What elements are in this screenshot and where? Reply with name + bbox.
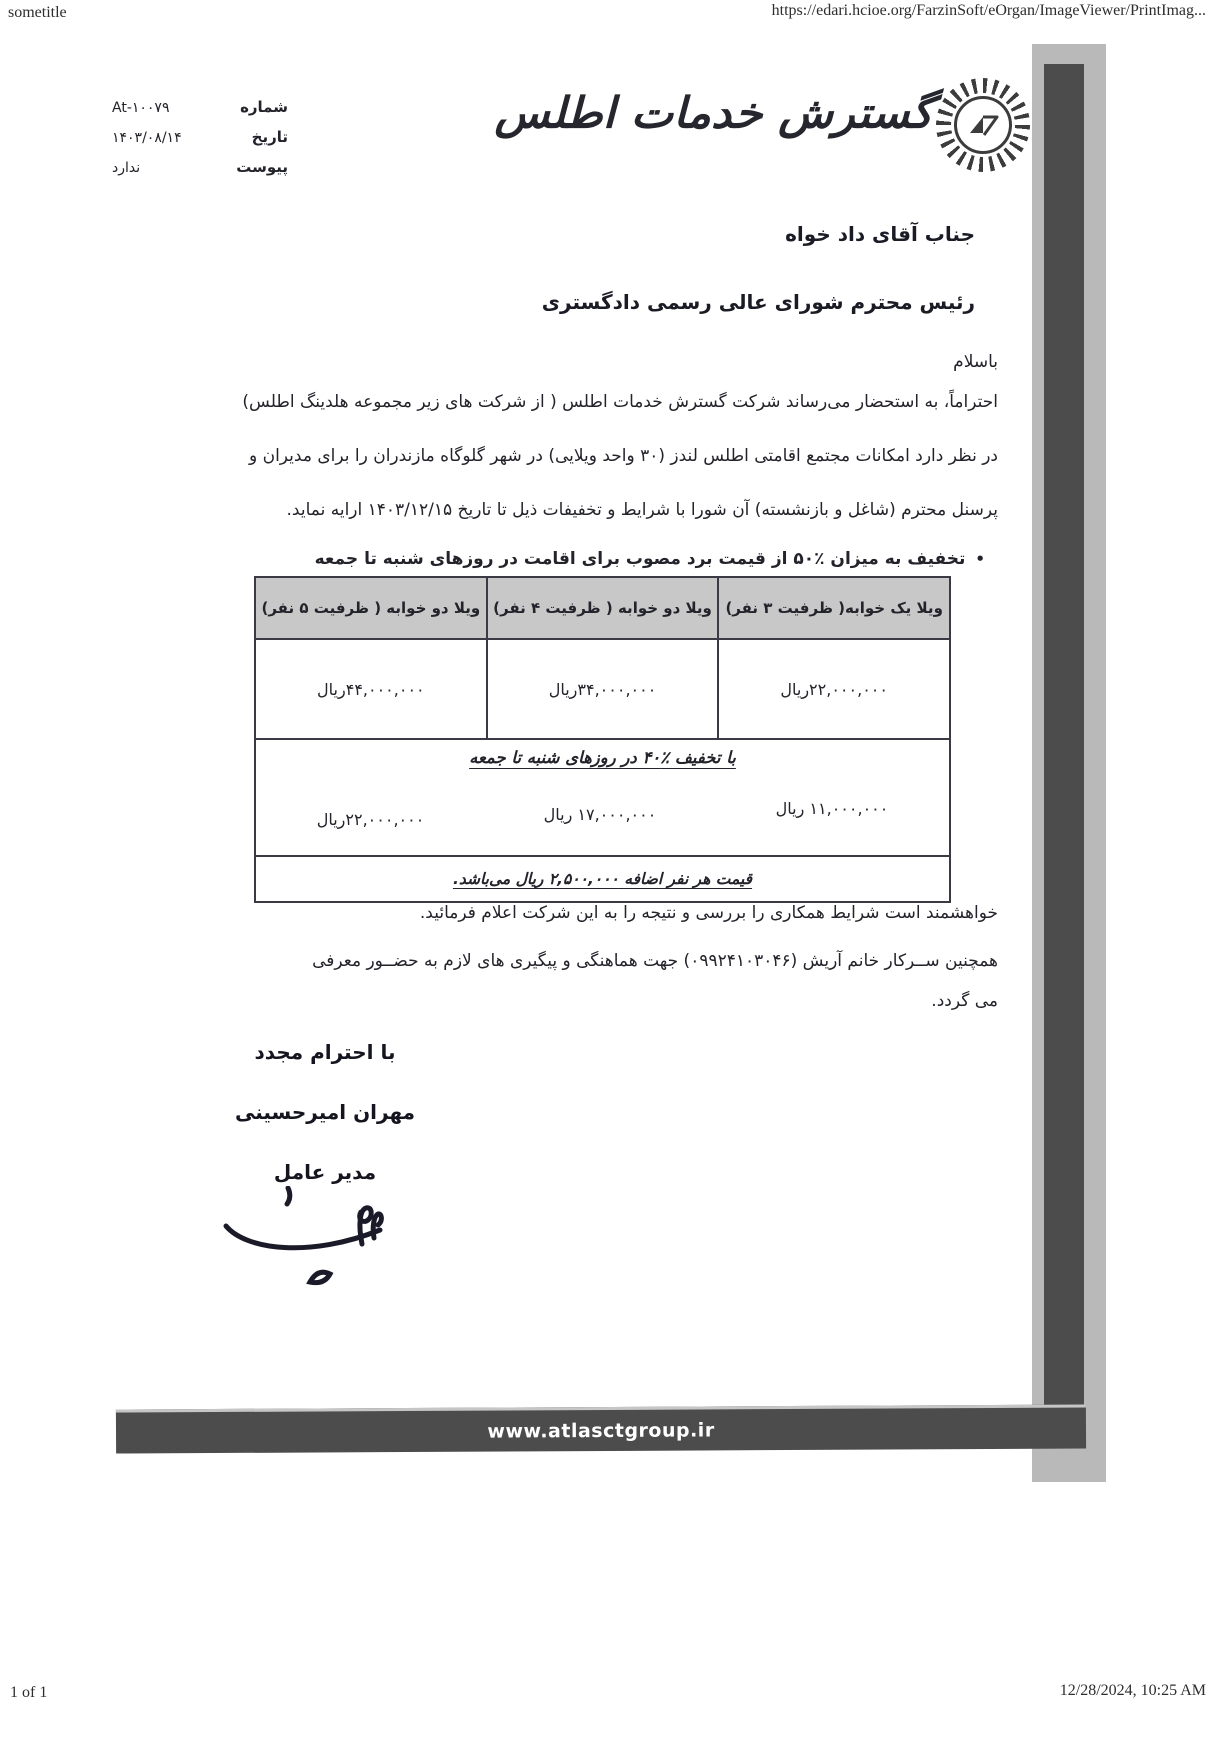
date-value: ۱۴۰۳/۰۸/۱۴ (112, 130, 182, 146)
discount-price-cap3: ۱۱,۰۰۰,۰۰۰ ریال (776, 799, 889, 818)
website-text: www.atlasctgroup.ir (487, 1419, 714, 1442)
attachment-label: پیوست (236, 158, 288, 176)
signature-respect-line: با احترام مجدد (225, 1040, 425, 1064)
company-logo-calligraphy: گسترش خدمات اطلس (535, 88, 933, 156)
sun-gear-emblem-icon (936, 78, 1030, 172)
discount-price-cap5: ۲۲,۰۰۰,۰۰۰ریال (317, 810, 425, 829)
discount-price-values: ۱۱,۰۰۰,۰۰۰ ریال ۱۷,۰۰۰,۰۰۰ ریال ۲۲,۰۰۰,۰… (257, 799, 948, 818)
bullet-icon: • (975, 550, 985, 568)
print-header-title: sometitle (8, 4, 67, 22)
discount-row: با تخفیف ٪۴۰ در روزهای شنبه تا جمعه ۱۱,۰… (255, 739, 950, 856)
closing-line-1: خواهشمند است شرایط همکاری را بررسی و نتی… (420, 903, 998, 923)
print-footer-page: 1 of 1 (10, 1684, 47, 1702)
col-header-villa-2bed-cap5: ویلا دو خوابه ( ظرفیت ۵ نفر) (255, 577, 487, 639)
letter-footer-bar: www.atlasctgroup.ir (116, 1404, 1086, 1453)
addressee-name: جناب آقای داد خواه (785, 222, 975, 246)
number-label: شماره (240, 98, 288, 116)
signatory-title: مدیر عامل (225, 1160, 425, 1184)
letterhead-row-date: تاریخ ۱۴۰۳/۰۸/۱۴ (112, 128, 288, 146)
closing-line-2a: همچنین ســرکار خانم آریش (۰۹۹۲۴۱۰۳۰۴۶) ج… (312, 951, 998, 971)
letterhead-fields: شماره At-۱۰۰۷۹ تاریخ ۱۴۰۳/۰۸/۱۴ پیوست ند… (112, 98, 288, 188)
emblem-monogram-icon (961, 103, 1005, 147)
number-value: At-۱۰۰۷۹ (112, 100, 169, 116)
extra-person-cell: قیمت هر نفر اضافه ۲,۵۰۰,۰۰۰ ریال می‌باشد… (255, 856, 950, 902)
full-price-cap4: ۳۴,۰۰۰,۰۰۰ریال (487, 639, 719, 739)
attachment-value: ندارد (112, 160, 140, 176)
col-header-villa-1bed-cap3: ویلا یک خوابه( ظرفیت ۳ نفر) (718, 577, 950, 639)
letter-right-border-bar (1044, 64, 1084, 1448)
body-line-3: پرسنل محترم (شاغل و بازنشسته) آن شورا با… (287, 500, 998, 520)
print-footer-datetime: 12/28/2024, 10:25 AM (1060, 1682, 1206, 1700)
body-line-1: احتراماً، به استحضار می‌رساند شرکت گسترش… (242, 392, 998, 412)
bullet-text: تخفیف به میزان ٪۵۰ از قیمت برد مصوب برای… (315, 549, 966, 569)
addressee-title: رئیس محترم شورای عالی رسمی دادگستری (542, 290, 975, 314)
print-header-url: https://edari.hcioe.org/FarzinSoft/eOrga… (772, 2, 1206, 20)
handwritten-signature (212, 1186, 412, 1301)
date-label: تاریخ (252, 128, 288, 146)
body-line-2: در نظر دارد امکانات مجتمع اقامتی اطلس لن… (249, 446, 998, 466)
extra-person-note: قیمت هر نفر اضافه ۲,۵۰۰,۰۰۰ ریال می‌باشد… (453, 870, 752, 888)
discount-note: با تخفیف ٪۴۰ در روزهای شنبه تا جمعه (469, 748, 736, 767)
pricing-table: ویلا یک خوابه( ظرفیت ۳ نفر) ویلا دو خواب… (254, 576, 951, 903)
discount-bullet-line: •تخفیف به میزان ٪۵۰ از قیمت برد مصوب برا… (315, 549, 985, 569)
col-header-villa-2bed-cap4: ویلا دو خوابه ( ظرفیت ۴ نفر) (487, 577, 719, 639)
print-preview-page: sometitle https://edari.hcioe.org/Farzin… (0, 0, 1230, 1753)
pricing-table-header-row: ویلا یک خوابه( ظرفیت ۳ نفر) ویلا دو خواب… (255, 577, 950, 639)
closing-line-2b: می گردد. (931, 991, 998, 1011)
full-price-cap5: ۴۴,۰۰۰,۰۰۰ریال (255, 639, 487, 739)
letterhead-row-number: شماره At-۱۰۰۷۹ (112, 98, 288, 116)
letterhead-row-attachment: پیوست ندارد (112, 158, 288, 176)
discount-merged-cell: با تخفیف ٪۴۰ در روزهای شنبه تا جمعه ۱۱,۰… (255, 739, 950, 856)
signatory-name: مهران امیرحسینی (225, 1100, 425, 1124)
discount-price-cap4: ۱۷,۰۰۰,۰۰۰ ریال (544, 805, 657, 824)
full-price-cap3: ۲۲,۰۰۰,۰۰۰ریال (718, 639, 950, 739)
full-price-row: ۲۲,۰۰۰,۰۰۰ریال ۳۴,۰۰۰,۰۰۰ریال ۴۴,۰۰۰,۰۰۰… (255, 639, 950, 739)
salutation: باسلام (953, 352, 998, 372)
extra-person-row: قیمت هر نفر اضافه ۲,۵۰۰,۰۰۰ ریال می‌باشد… (255, 856, 950, 902)
